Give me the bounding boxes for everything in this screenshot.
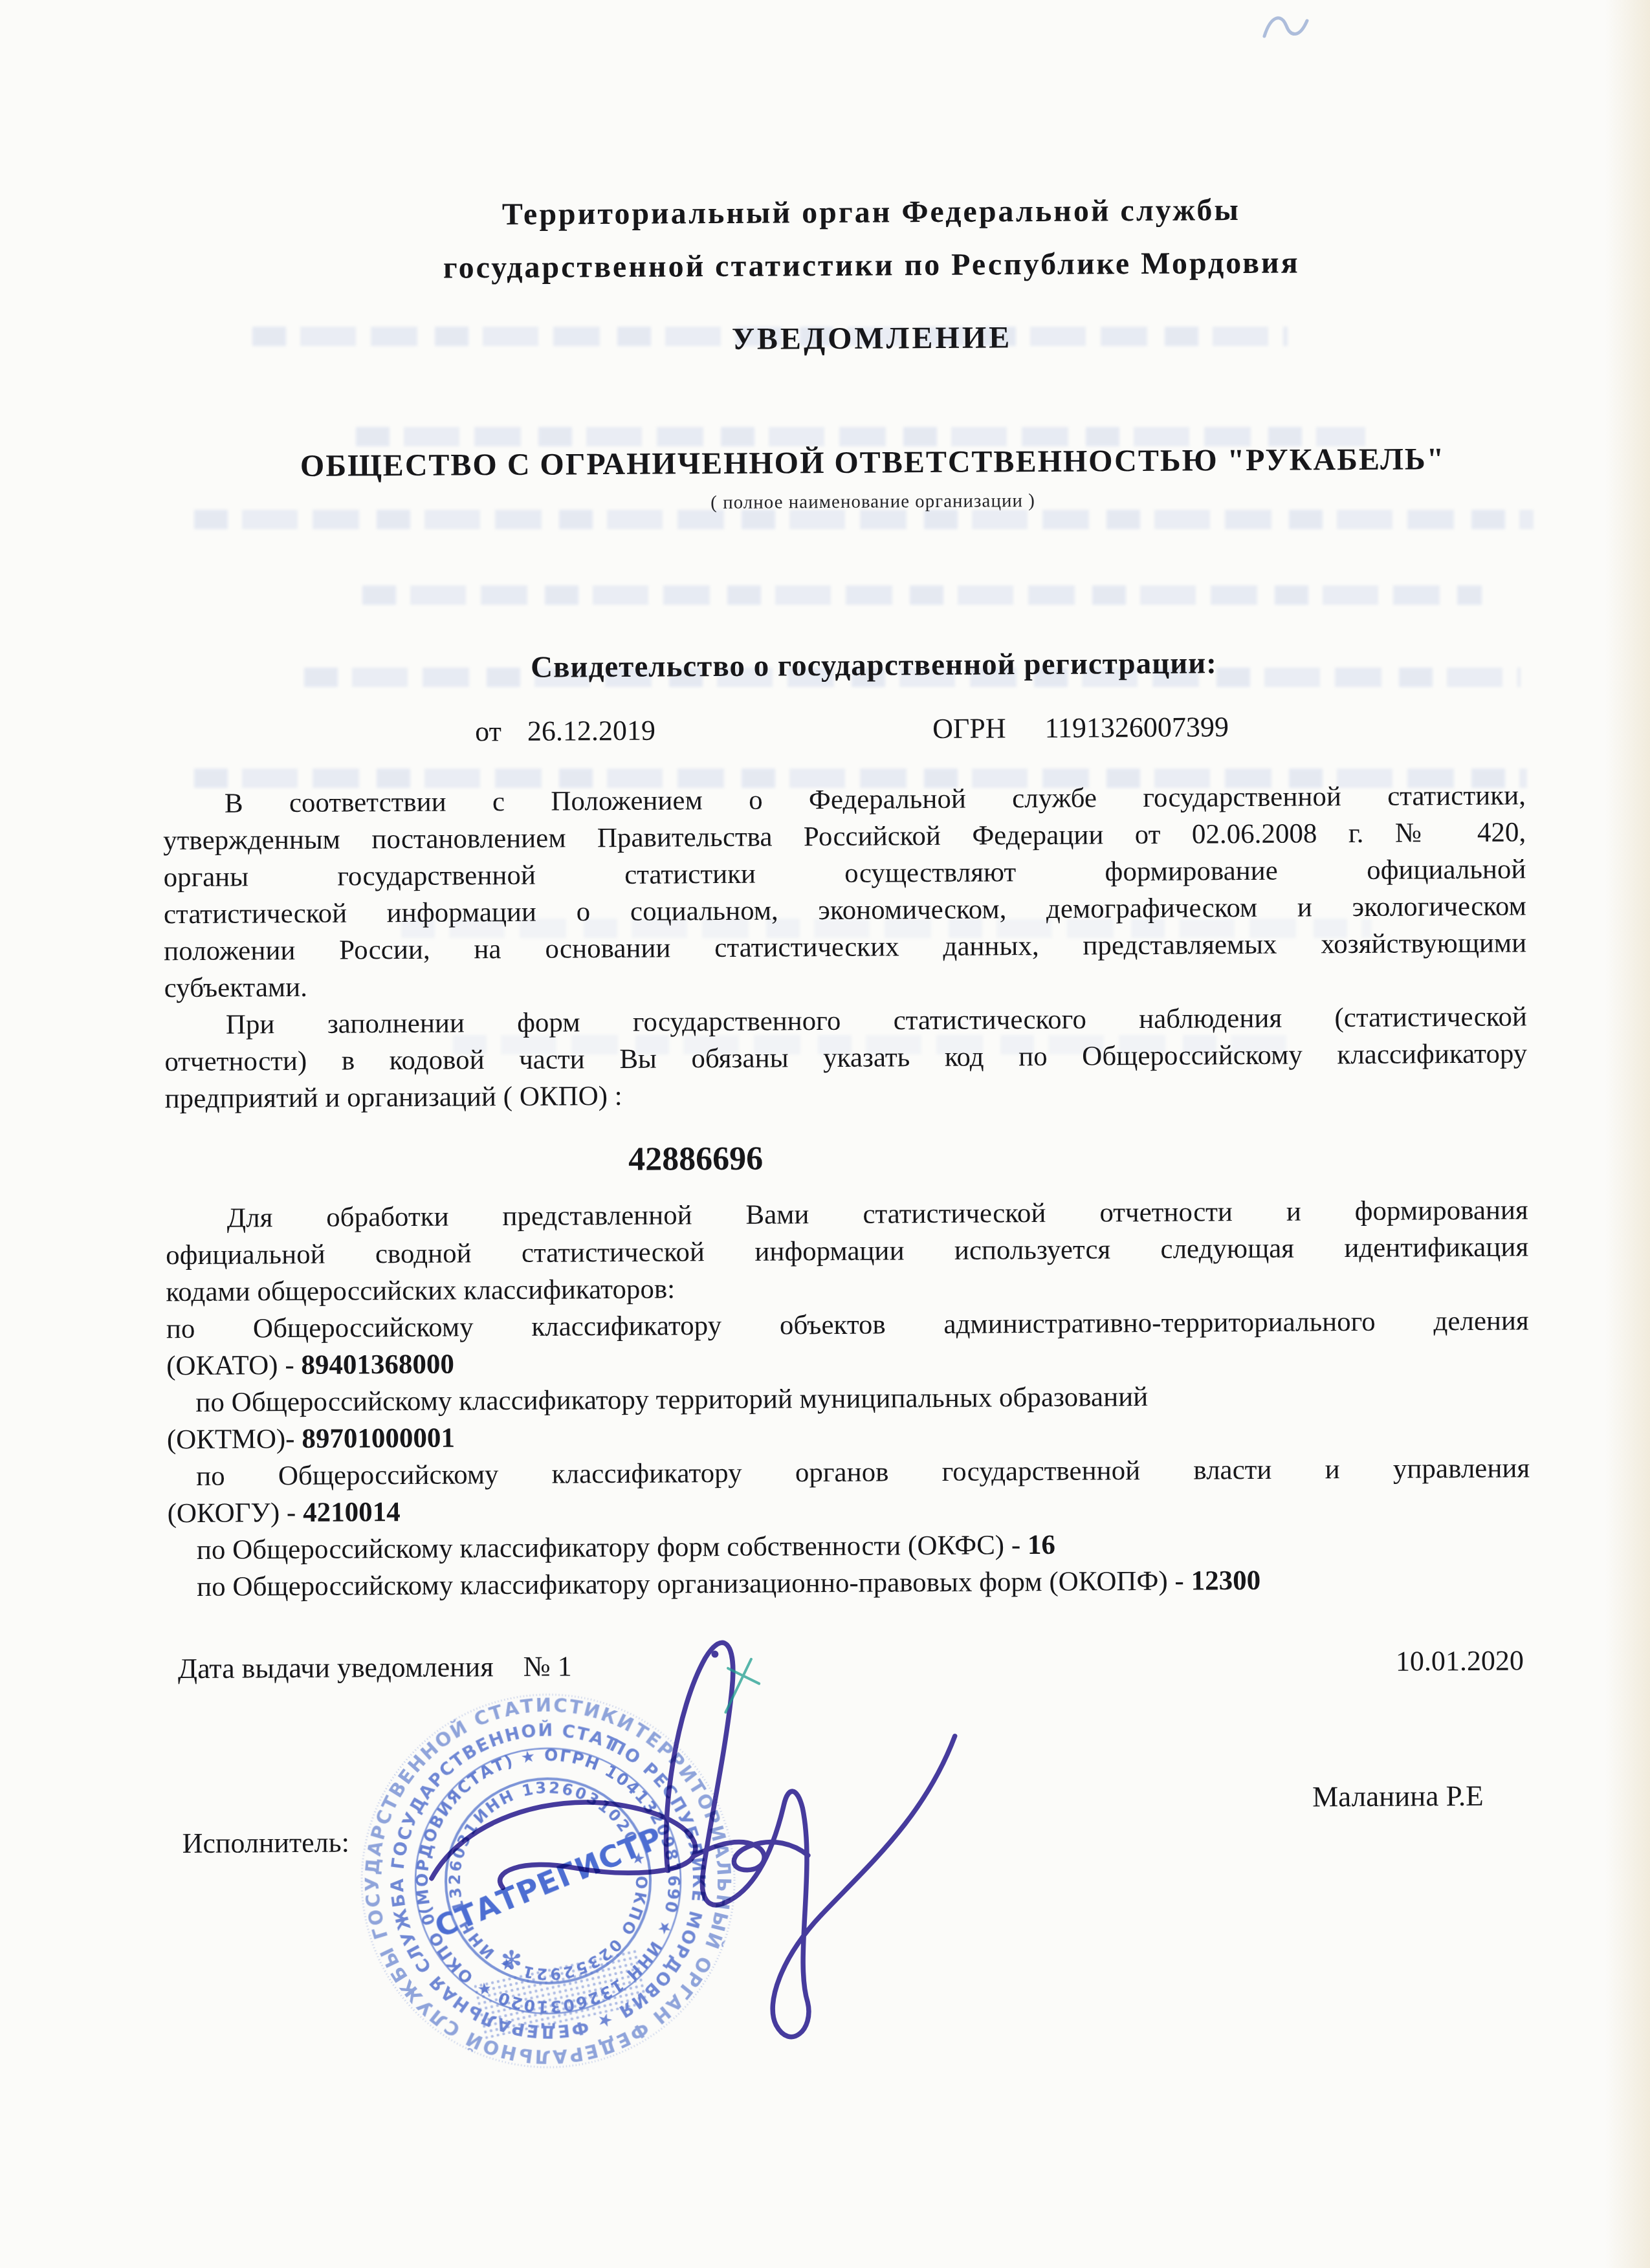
ogrn-label: ОГРН (932, 712, 1006, 745)
certificate-date-value: 26.12.2019 (527, 715, 655, 747)
signature (339, 1597, 989, 2092)
paragraph-line: предприятий и организаций ( ОКПО) : (164, 1072, 1527, 1117)
organization-name: ОБЩЕСТВО С ОГРАНИЧЕННОЙ ОТВЕТСТВЕННОСТЬЮ… (100, 440, 1646, 485)
signature-stroke (431, 1802, 696, 1888)
signature-ink-dot (711, 1651, 718, 1658)
pen-scratch-mark (725, 1659, 752, 1712)
signature-stroke (725, 1736, 957, 2037)
organization-name-caption: ( полное наименование организации ) (100, 486, 1646, 518)
body-text: В соответствии с Положением о Федерально… (163, 777, 1531, 1606)
issuer-header: Территориальный орган Федеральной службы… (98, 181, 1645, 297)
issue-date-value: 10.01.2020 (1396, 1644, 1524, 1677)
okpo-code: 42886696 (165, 1135, 1528, 1181)
signature-stroke (694, 1842, 808, 1870)
certificate-ogrn: ОГРН1191326007399 (932, 710, 1229, 745)
certificate-heading: Свидетельство о государственной регистра… (100, 643, 1647, 688)
issuer-name-line1: Территориальный орган Федеральной службы (98, 181, 1644, 244)
ogrn-value: 1191326007399 (1044, 711, 1229, 744)
executor-name: Маланина Р.Е (1312, 1779, 1484, 1814)
executor-label: Исполнитель: (182, 1826, 350, 1860)
document-title: УВЕДОМЛЕНИЕ (98, 316, 1645, 361)
scanned-notification-page: Территориальный орган Федеральной службы… (0, 0, 1650, 2268)
certificate-date-label: от (475, 715, 501, 747)
certificate-date: от26.12.2019 (475, 714, 655, 748)
issuer-name-line2: государственной статистики по Республике… (98, 234, 1645, 297)
